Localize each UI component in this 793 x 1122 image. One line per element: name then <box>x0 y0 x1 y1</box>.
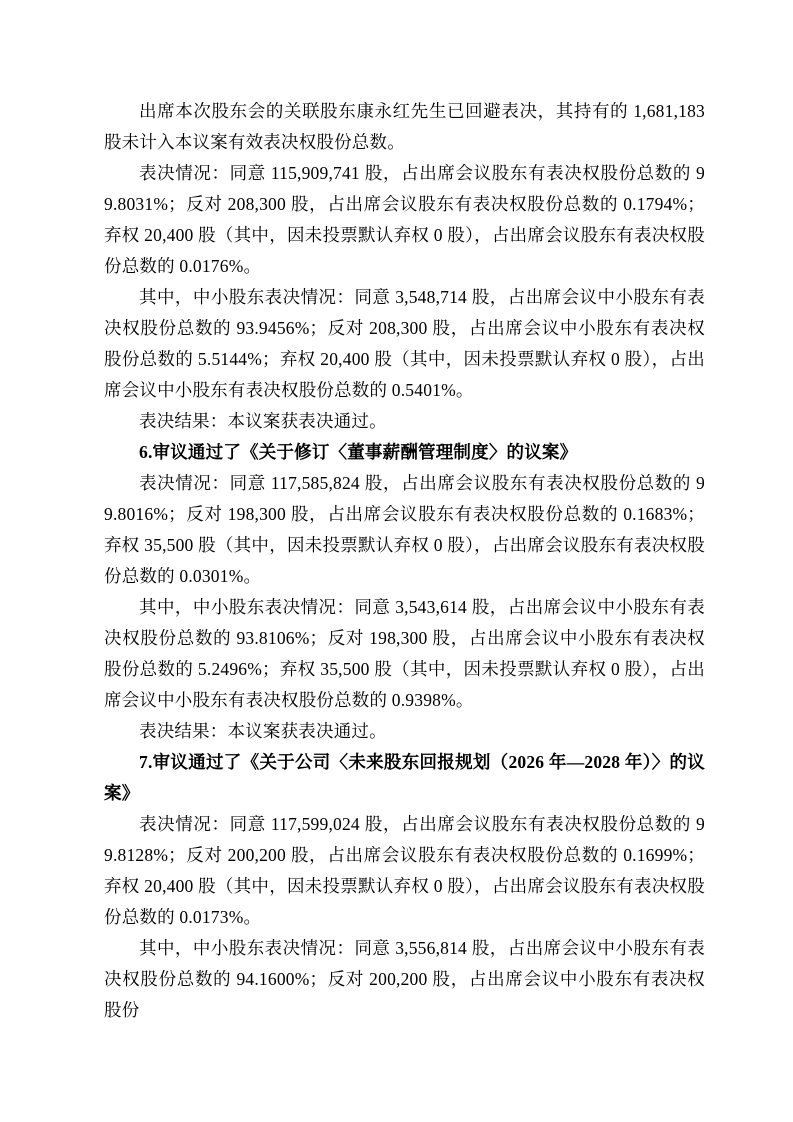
paragraph: 其中，中小股东表决情况：同意 3,556,814 股，占出席会议中小股东有表决权… <box>104 933 705 1026</box>
paragraph: 表决情况：同意 117,585,824 股，占出席会议股东有表决权股份总数的 9… <box>104 468 705 592</box>
document-body: 出席本次股东会的关联股东康永红先生已回避表决，其持有的 1,681,183 股未… <box>104 96 705 1026</box>
paragraph: 其中，中小股东表决情况：同意 3,548,714 股，占出席会议中小股东有表决权… <box>104 282 705 406</box>
section-heading: 6.审议通过了《关于修订〈董事薪酬管理制度〉的议案》 <box>104 437 705 468</box>
section-heading: 7.审议通过了《关于公司〈未来股东回报规划（2026 年—2028 年）〉的议案… <box>104 747 705 809</box>
paragraph: 其中，中小股东表决情况：同意 3,543,614 股，占出席会议中小股东有表决权… <box>104 592 705 716</box>
paragraph: 表决结果：本议案获表决通过。 <box>104 716 705 747</box>
document-page: 出席本次股东会的关联股东康永红先生已回避表决，其持有的 1,681,183 股未… <box>0 0 793 1122</box>
paragraph: 表决情况：同意 115,909,741 股，占出席会议股东有表决权股份总数的 9… <box>104 158 705 282</box>
paragraph: 表决结果：本议案获表决通过。 <box>104 406 705 437</box>
paragraph: 出席本次股东会的关联股东康永红先生已回避表决，其持有的 1,681,183 股未… <box>104 96 705 158</box>
paragraph: 表决情况：同意 117,599,024 股，占出席会议股东有表决权股份总数的 9… <box>104 809 705 933</box>
